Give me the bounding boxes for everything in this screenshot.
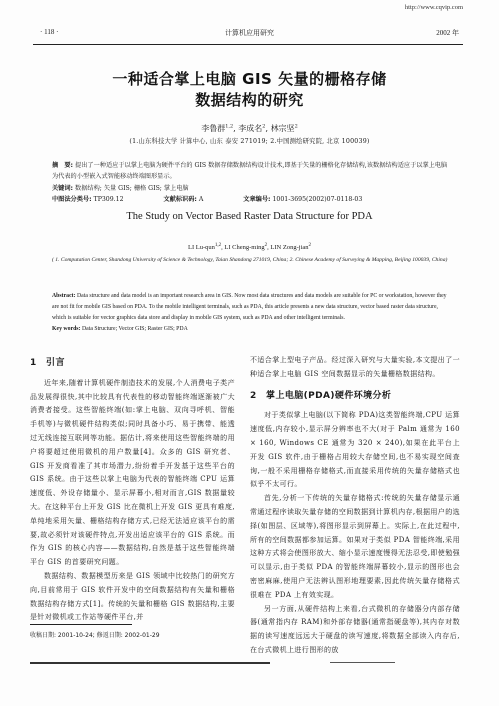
left-column: 1 引言 近年来,随着计算机硬件制造技术的发展,个人消费电子类产品发展得很快,其… — [30, 357, 235, 625]
header-rule — [33, 44, 463, 45]
author-affil-mark: 2 — [265, 243, 268, 248]
paragraph: 近年来,随着计算机硬件制造技术的发展,个人消费电子类产品发展得很快,其中比较具有… — [30, 377, 235, 570]
author-affil-mark: 2 — [262, 123, 265, 129]
english-author-list: LI Lu-qun1,2, LI Cheng-ming2, LIN Zong-j… — [0, 243, 499, 251]
author-affil-mark: 1,2 — [225, 123, 233, 129]
keywords-label: 关键词: — [52, 185, 73, 192]
paragraph: 首先,分析一下传统的矢量存储格式:传统的矢量存储显示通常通过程序读取矢量存储的空… — [250, 492, 460, 602]
author-name: LI Lu-qun — [188, 244, 215, 251]
clc-label: 中图法分类号: — [52, 196, 92, 203]
author-affiliation: (1.山东科技大学 计算中心, 山东 泰安 271019; 2.中国测绘研究院,… — [0, 136, 499, 145]
keywords-text: Data Structure; Vector GIS; Raster GIS; … — [82, 326, 188, 332]
article-no-value: 1001-3695(2002)07-0118-03 — [272, 196, 362, 203]
author-name: 林宗坚 — [271, 124, 295, 133]
article-no-label: 文章编号: — [243, 196, 270, 203]
abstract-text: 提出了一种适应于以掌上电脑为硬件平台的 GIS 数据存储数据结构设计技术,即基于… — [52, 162, 447, 180]
clc-value: TP309.12 — [94, 196, 124, 203]
paragraph: 对于类似掌上电脑(以下简称 PDA)这类智能终端,CPU 运算速度低,内存较小,… — [250, 409, 460, 492]
source-url: http://www.cqvip.com — [405, 4, 463, 11]
abstract-label: 摘 要: — [52, 162, 73, 169]
author-affil-mark: 2 — [309, 243, 312, 248]
journal-name: 计算机应用研究 — [40, 28, 459, 38]
keywords-label: Key words: — [52, 326, 81, 332]
running-header: · 118 · 计算机应用研究 2002 年 — [40, 28, 459, 40]
author-name: LIN Zong-jian — [270, 244, 308, 251]
author-name: 李成名 — [238, 124, 262, 133]
paragraph: 另一方面,从硬件结构上来看,台式微机的存储器分内部存储器(通常指内存 RAM)和… — [250, 603, 460, 658]
page-bottom-rule-fragment — [330, 662, 395, 663]
classification-line: 中图法分类号: TP309.12 文献标识码: A 文章编号: 1001-369… — [52, 194, 452, 205]
author-affil-mark: 2 — [295, 123, 298, 129]
english-affiliation: ( 1. Computation Center, Shandong Univer… — [52, 256, 452, 265]
section-heading-2: 2 掌上电脑(PDA)硬件环境分析 — [250, 390, 460, 404]
received-date-footnote: 收稿日期: 2001-10-24; 修返日期: 2002-01-29 — [30, 630, 160, 639]
page-bottom-rule — [30, 662, 270, 664]
english-abstract: Abstract: Data structure and data model … — [52, 291, 452, 335]
right-column: 不适合掌上型电子产品。经过深入研究与大量实验,本文提出了一种适合掌上电脑 GIS… — [250, 354, 460, 658]
keywords-text: 数据结构; 矢量 GIS; 栅格 GIS; 掌上电脑 — [75, 185, 189, 192]
paragraph: 不适合掌上型电子产品。经过深入研究与大量实验,本文提出了一种适合掌上电脑 GIS… — [250, 354, 460, 382]
english-title: The Study on Vector Based Raster Data St… — [0, 211, 499, 222]
footnote-rule — [30, 624, 132, 625]
chinese-abstract: 摘 要: 提出了一种适应于以掌上电脑为硬件平台的 GIS 数据存储数据结构设计技… — [52, 160, 452, 182]
author-name: LI Cheng-ming — [224, 244, 264, 251]
paper-title-line1: 一种适合掌上电脑 GIS 矢量的栅格存储 — [0, 68, 499, 89]
doc-code-value: A — [199, 196, 203, 203]
abstract-label: Abstract: — [52, 293, 76, 299]
chinese-keywords: 关键词: 数据结构; 矢量 GIS; 栅格 GIS; 掌上电脑 — [52, 183, 452, 194]
section-heading-1: 1 引言 — [30, 357, 235, 371]
author-name: 李鲁群 — [201, 124, 225, 133]
paragraph: 数据结构、数据模型历来是 GIS 领域中比较热门的研究方向,目前常用于 GIS … — [30, 570, 235, 625]
author-list: 李鲁群1,2, 李成名2, 林宗坚2 — [0, 123, 499, 134]
paper-title-line2: 数据结构的研究 — [0, 89, 499, 110]
publication-year: 2002 年 — [436, 28, 459, 38]
abstract-text: Data structure and data model is an impo… — [52, 293, 447, 321]
doc-code-label: 文献标识码: — [163, 196, 196, 203]
author-affil-mark: 1,2 — [215, 243, 221, 248]
